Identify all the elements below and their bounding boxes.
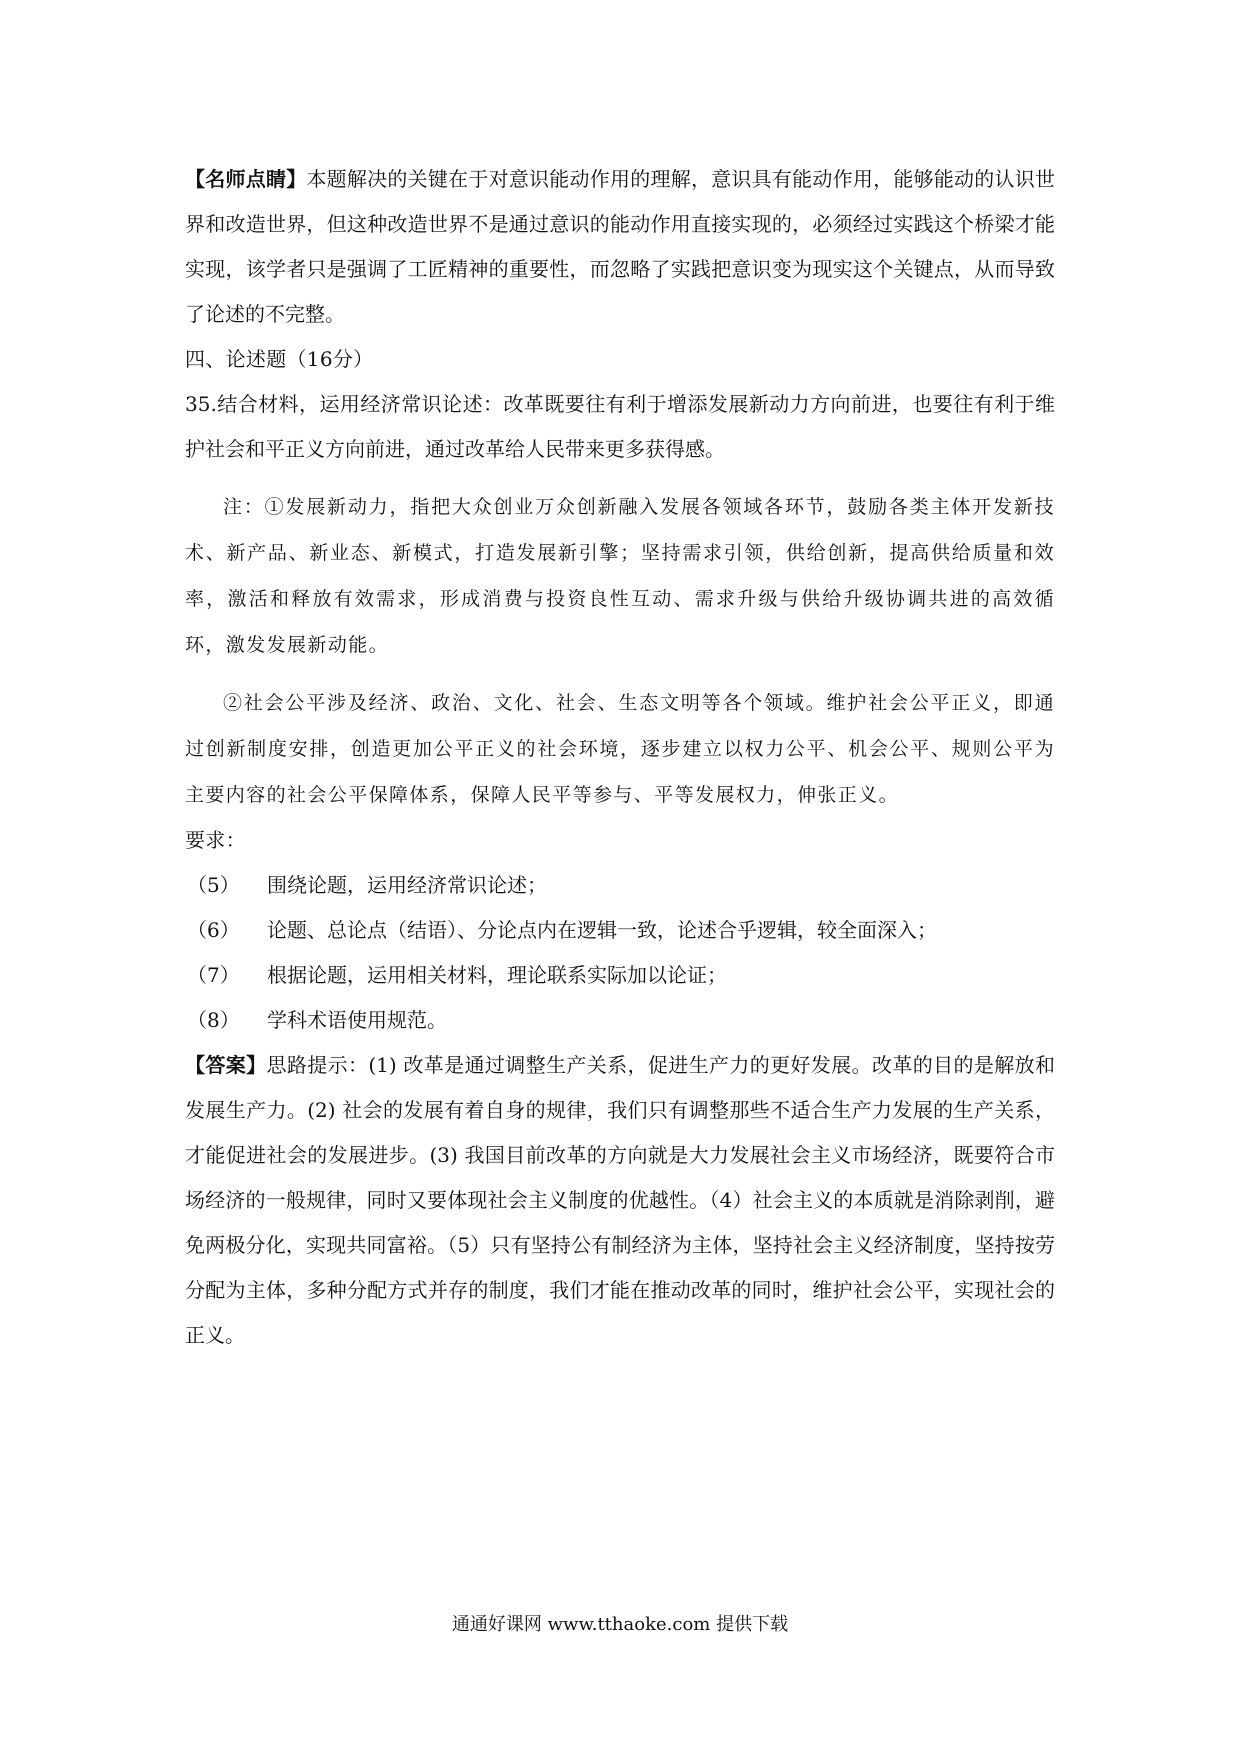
document-page: 【名师点睛】本题解决的关键在于对意识能动作用的理解，意识具有能动作用，能够能动的… xyxy=(0,0,1240,1754)
footer-watermark: 通通好课网 www.tthaoke.com 提供下载 xyxy=(0,1610,1240,1636)
requirement-number: （6） xyxy=(185,908,267,953)
note-2: ②社会公平涉及经济、政治、文化、社会、生态文明等各个领域。维护社会公平正义，即通… xyxy=(185,680,1055,818)
spacer xyxy=(185,472,1055,484)
teacher-tip-label: 【名师点睛】 xyxy=(185,167,306,191)
requirement-text: 论题、总论点（结语）、分论点内在逻辑一致，论述合乎逻辑，较全面深入； xyxy=(267,908,937,953)
requirement-text: 根据论题，运用相关材料，理论联系实际加以论证； xyxy=(267,953,727,998)
requirement-number: （7） xyxy=(185,953,267,998)
requirement-item: （7） 根据论题，运用相关材料，理论联系实际加以论证； xyxy=(185,953,1055,998)
requirement-item: （5） 围绕论题，运用经济常识论述； xyxy=(185,863,1055,908)
requirement-number: （5） xyxy=(185,863,267,908)
requirement-number: （8） xyxy=(185,998,267,1043)
teacher-tip-text: 本题解决的关键在于对意识能动作用的理解，意识具有能动作用，能够能动的认识世界和改… xyxy=(185,167,1055,326)
requirement-text: 学科术语使用规范。 xyxy=(267,998,447,1043)
spacer xyxy=(185,668,1055,680)
requirement-item: （8） 学科术语使用规范。 xyxy=(185,998,1055,1043)
section-heading: 四、论述题（16分） xyxy=(185,337,1055,382)
answer-text: 思路提示：(1) 改革是通过调整生产关系，促进生产力的更好发展。改革的目的是解放… xyxy=(185,1053,1055,1347)
note-1: 注：①发展新动力，指把大众创业万众创新融入发展各领域各环节，鼓励各类主体开发新技… xyxy=(185,484,1055,668)
document-content: 【名师点睛】本题解决的关键在于对意识能动作用的理解，意识具有能动作用，能够能动的… xyxy=(185,157,1055,1358)
requirement-text: 围绕论题，运用经济常识论述； xyxy=(267,863,547,908)
question-35: 35.结合材料，运用经济常识论述：改革既要往有利于增添发展新动力方向前进，也要往… xyxy=(185,382,1055,472)
answer-label: 【答案】 xyxy=(185,1053,267,1077)
requirements-heading: 要求： xyxy=(185,818,1055,863)
answer-paragraph: 【答案】思路提示：(1) 改革是通过调整生产关系，促进生产力的更好发展。改革的目… xyxy=(185,1043,1055,1358)
requirement-item: （6） 论题、总论点（结语）、分论点内在逻辑一致，论述合乎逻辑，较全面深入； xyxy=(185,908,1055,953)
teacher-tip-paragraph: 【名师点睛】本题解决的关键在于对意识能动作用的理解，意识具有能动作用，能够能动的… xyxy=(185,157,1055,337)
